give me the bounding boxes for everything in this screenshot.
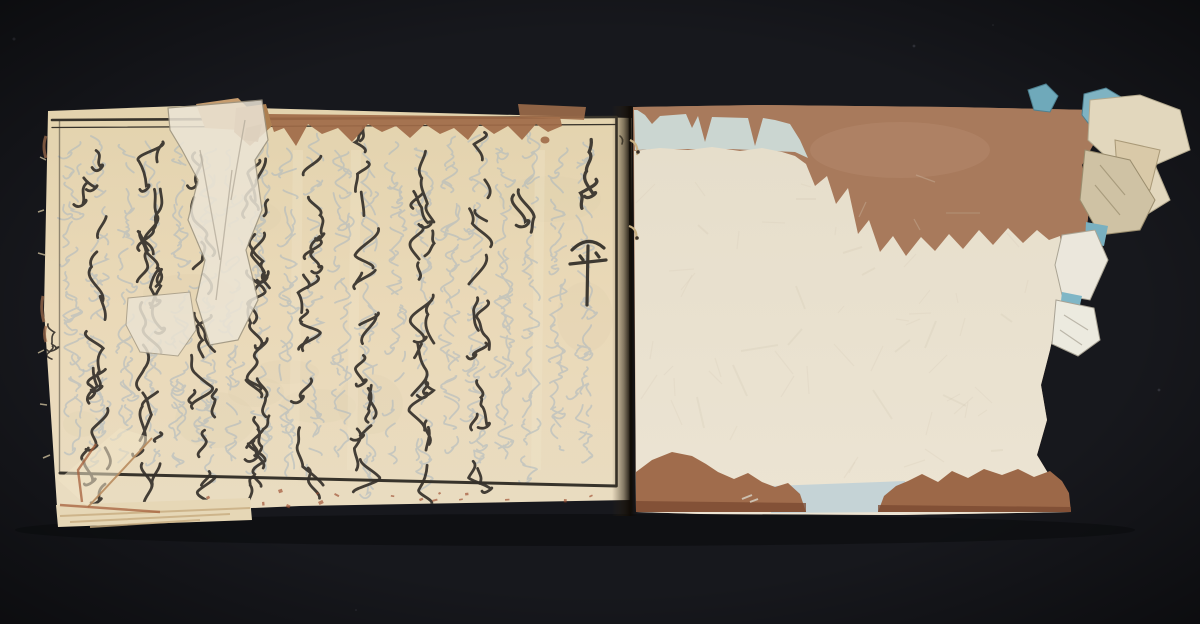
paper-blotch [63, 411, 99, 437]
paper-crease-highlight [352, 150, 356, 470]
red-speckle [262, 502, 265, 506]
left-page [38, 98, 632, 527]
stitch-hole [636, 150, 640, 154]
red-speckle [505, 499, 510, 501]
gutter-line [630, 107, 631, 512]
stitch-hole [635, 236, 639, 240]
book-photo [0, 0, 1200, 624]
red-speckle [564, 499, 567, 503]
stain-dot [541, 137, 550, 144]
photo-scene [0, 0, 1200, 624]
board-highlight [810, 122, 990, 178]
paper-fiber [991, 450, 1003, 451]
right-page [629, 105, 1097, 515]
red-speckle [465, 493, 469, 496]
